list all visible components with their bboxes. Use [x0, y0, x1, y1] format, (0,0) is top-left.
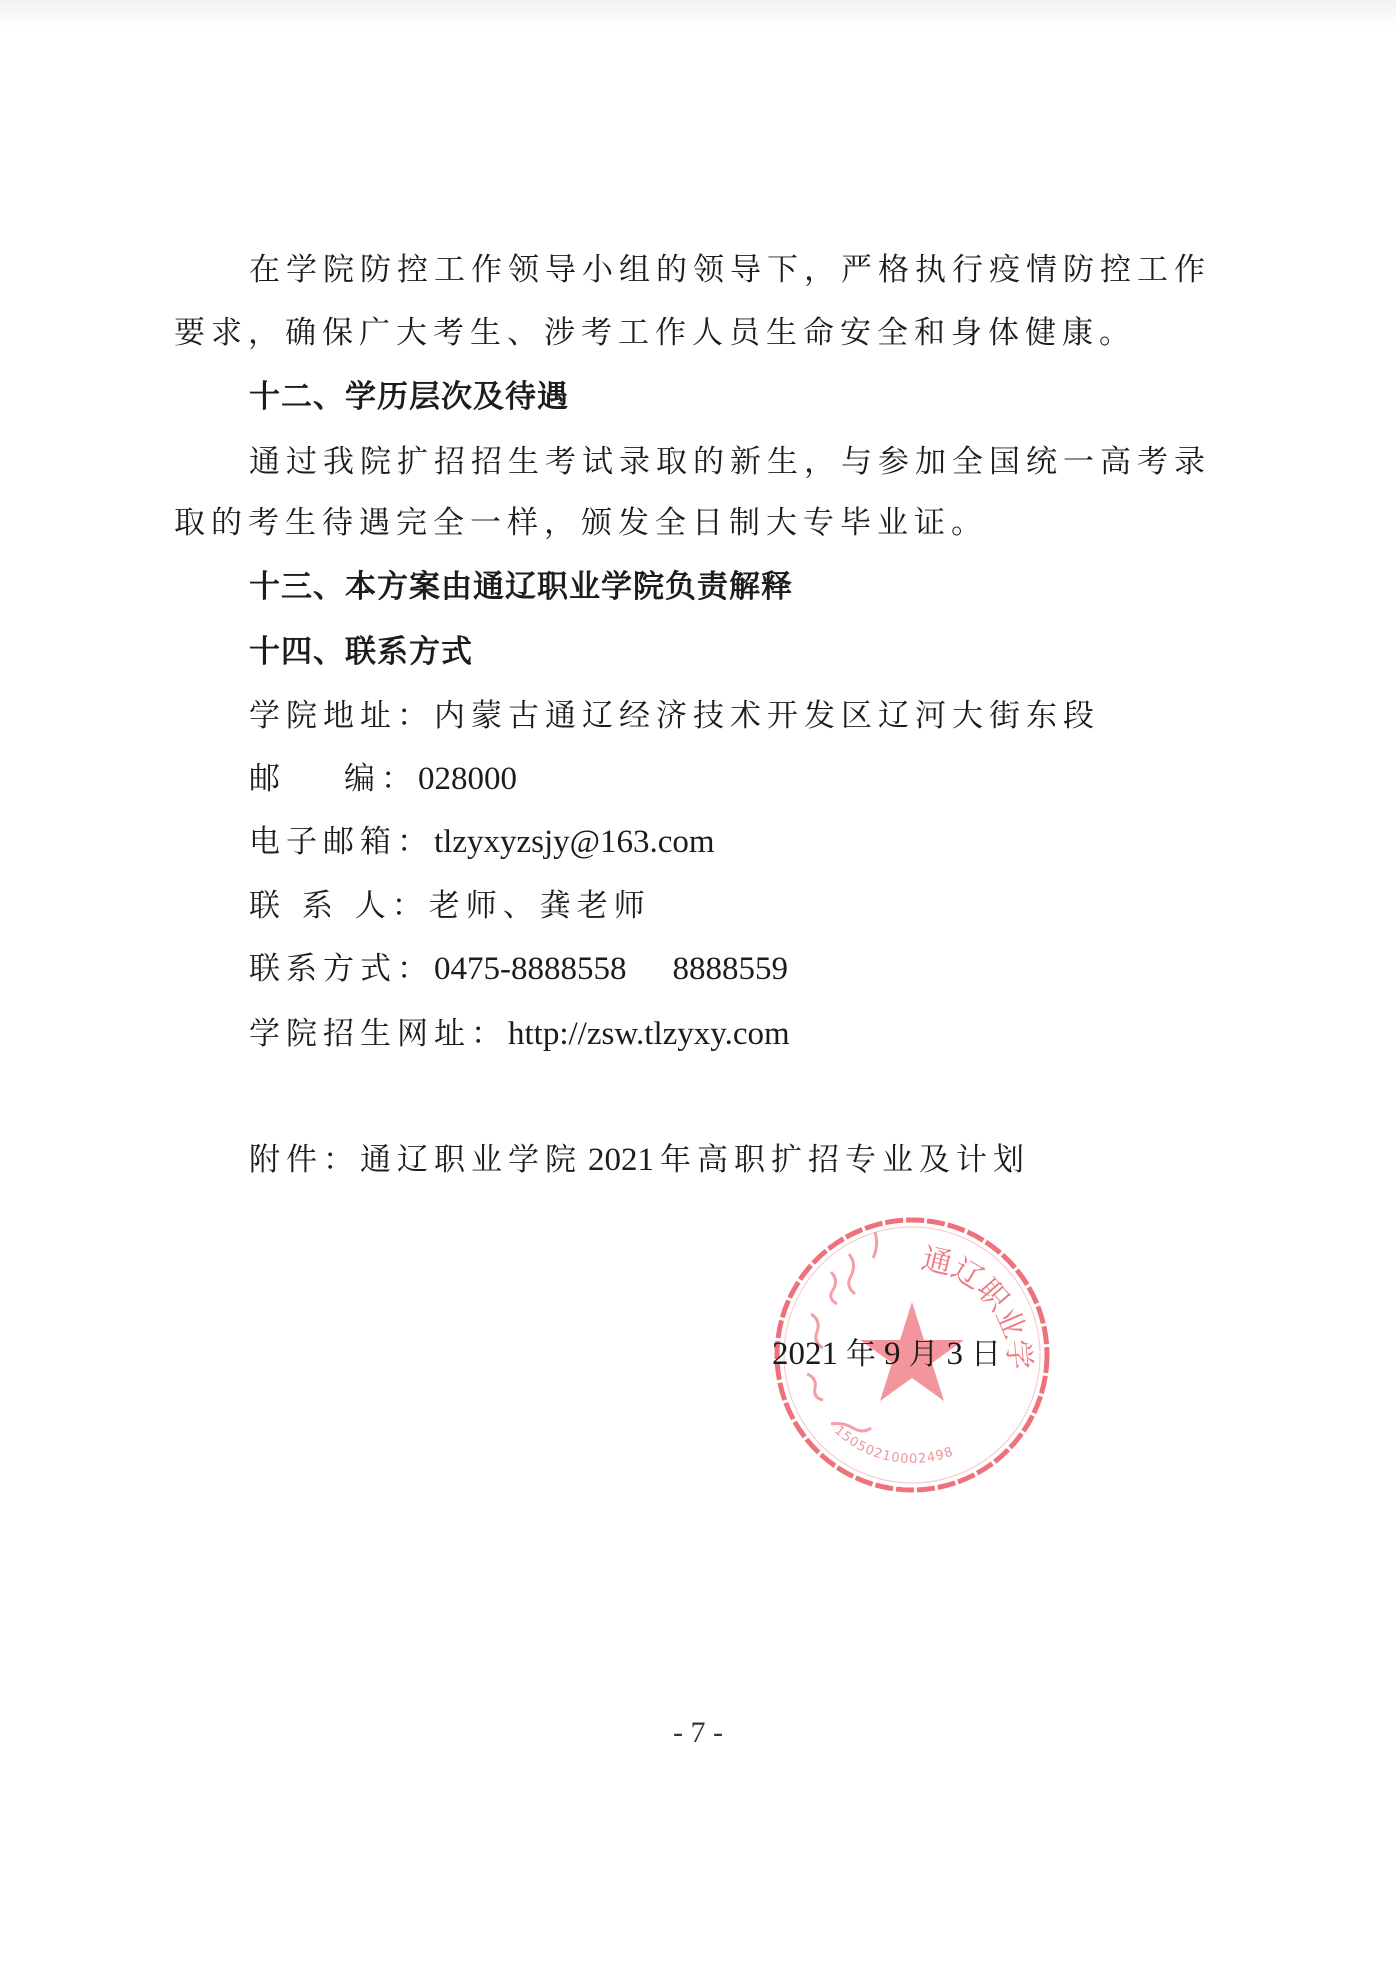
contact-website-row: 学院招生网址：http://zsw.tlzyxy.com [249, 1014, 790, 1054]
date-day-unit: 日 [971, 1337, 1001, 1372]
section-heading-12: 十二、学历层次及待遇 [249, 377, 569, 417]
attachment-text-part1: 通辽职业学院 [360, 1142, 582, 1178]
page-number: - 7 - [0, 1713, 1396, 1753]
date-month: 9 [884, 1336, 901, 1372]
contact-phone-row: 联系方式：0475-88885588888559 [249, 949, 788, 989]
postcode-label-part1: 邮 [249, 761, 286, 797]
date-year-unit: 年 [846, 1337, 876, 1372]
date-month-unit: 月 [909, 1337, 939, 1372]
address-value: 内蒙古通辽经济技术开发区辽河大街东段 [434, 698, 1100, 734]
date-day: 3 [947, 1336, 964, 1372]
contact-postcode-row: 邮编：028000 [249, 759, 517, 799]
website-value[interactable]: http://zsw.tlzyxy.com [508, 1016, 790, 1052]
date-year: 2021 [772, 1336, 838, 1372]
email-label: 电子邮箱： [249, 824, 434, 860]
attachment-year: 2021 [588, 1142, 654, 1178]
phone-value-secondary: 8888559 [673, 951, 789, 987]
scan-edge-shadow [0, 0, 1396, 30]
website-label: 学院招生网址： [249, 1016, 508, 1052]
email-value[interactable]: tlzyxyzsjy@163.com [434, 824, 715, 860]
svg-text:1505021000249​8: 1505021000249​8 [831, 1423, 956, 1467]
signature-date: 2021年9月3日 [772, 1334, 1009, 1375]
attachment-line: 附件：通辽职业学院2021年高职扩招专业及计划 [249, 1140, 1030, 1180]
paragraph-line: 要求，确保广大考生、涉考工作人员生命安全和身体健康。 [174, 313, 1136, 353]
paragraph-line: 取的考生待遇完全一样，颁发全日制大专毕业证。 [174, 503, 988, 543]
phone-label: 联系方式： [249, 951, 434, 987]
contact-person-value: 老师、龚老师 [429, 888, 651, 924]
contact-address-row: 学院地址：内蒙古通辽经济技术开发区辽河大街东段 [249, 696, 1100, 736]
section-heading-14: 十四、联系方式 [249, 632, 473, 672]
attachment-text-part2: 年高职扩招专业及计划 [660, 1142, 1030, 1178]
contact-person-label: 联 系 人： [249, 888, 429, 924]
attachment-label: 附件： [249, 1142, 360, 1178]
paragraph-line: 在学院防控工作领导小组的领导下，严格执行疫情防控工作 [249, 250, 1211, 290]
postcode-value: 028000 [418, 761, 517, 797]
paragraph-line: 通过我院扩招招生考试录取的新生，与参加全国统一高考录 [249, 442, 1211, 482]
address-label: 学院地址： [249, 698, 434, 734]
contact-person-row: 联 系 人：老师、龚老师 [249, 886, 651, 926]
section-heading-13: 十三、本方案由通辽职业学院负责解释 [249, 567, 793, 607]
postcode-label-part2: 编： [344, 761, 418, 797]
phone-value-primary: 0475-8888558 [434, 951, 627, 987]
contact-email-row: 电子邮箱：tlzyxyzsjy@163.com [249, 822, 715, 862]
seal-code-text: 1505021000249​8 [831, 1423, 956, 1467]
